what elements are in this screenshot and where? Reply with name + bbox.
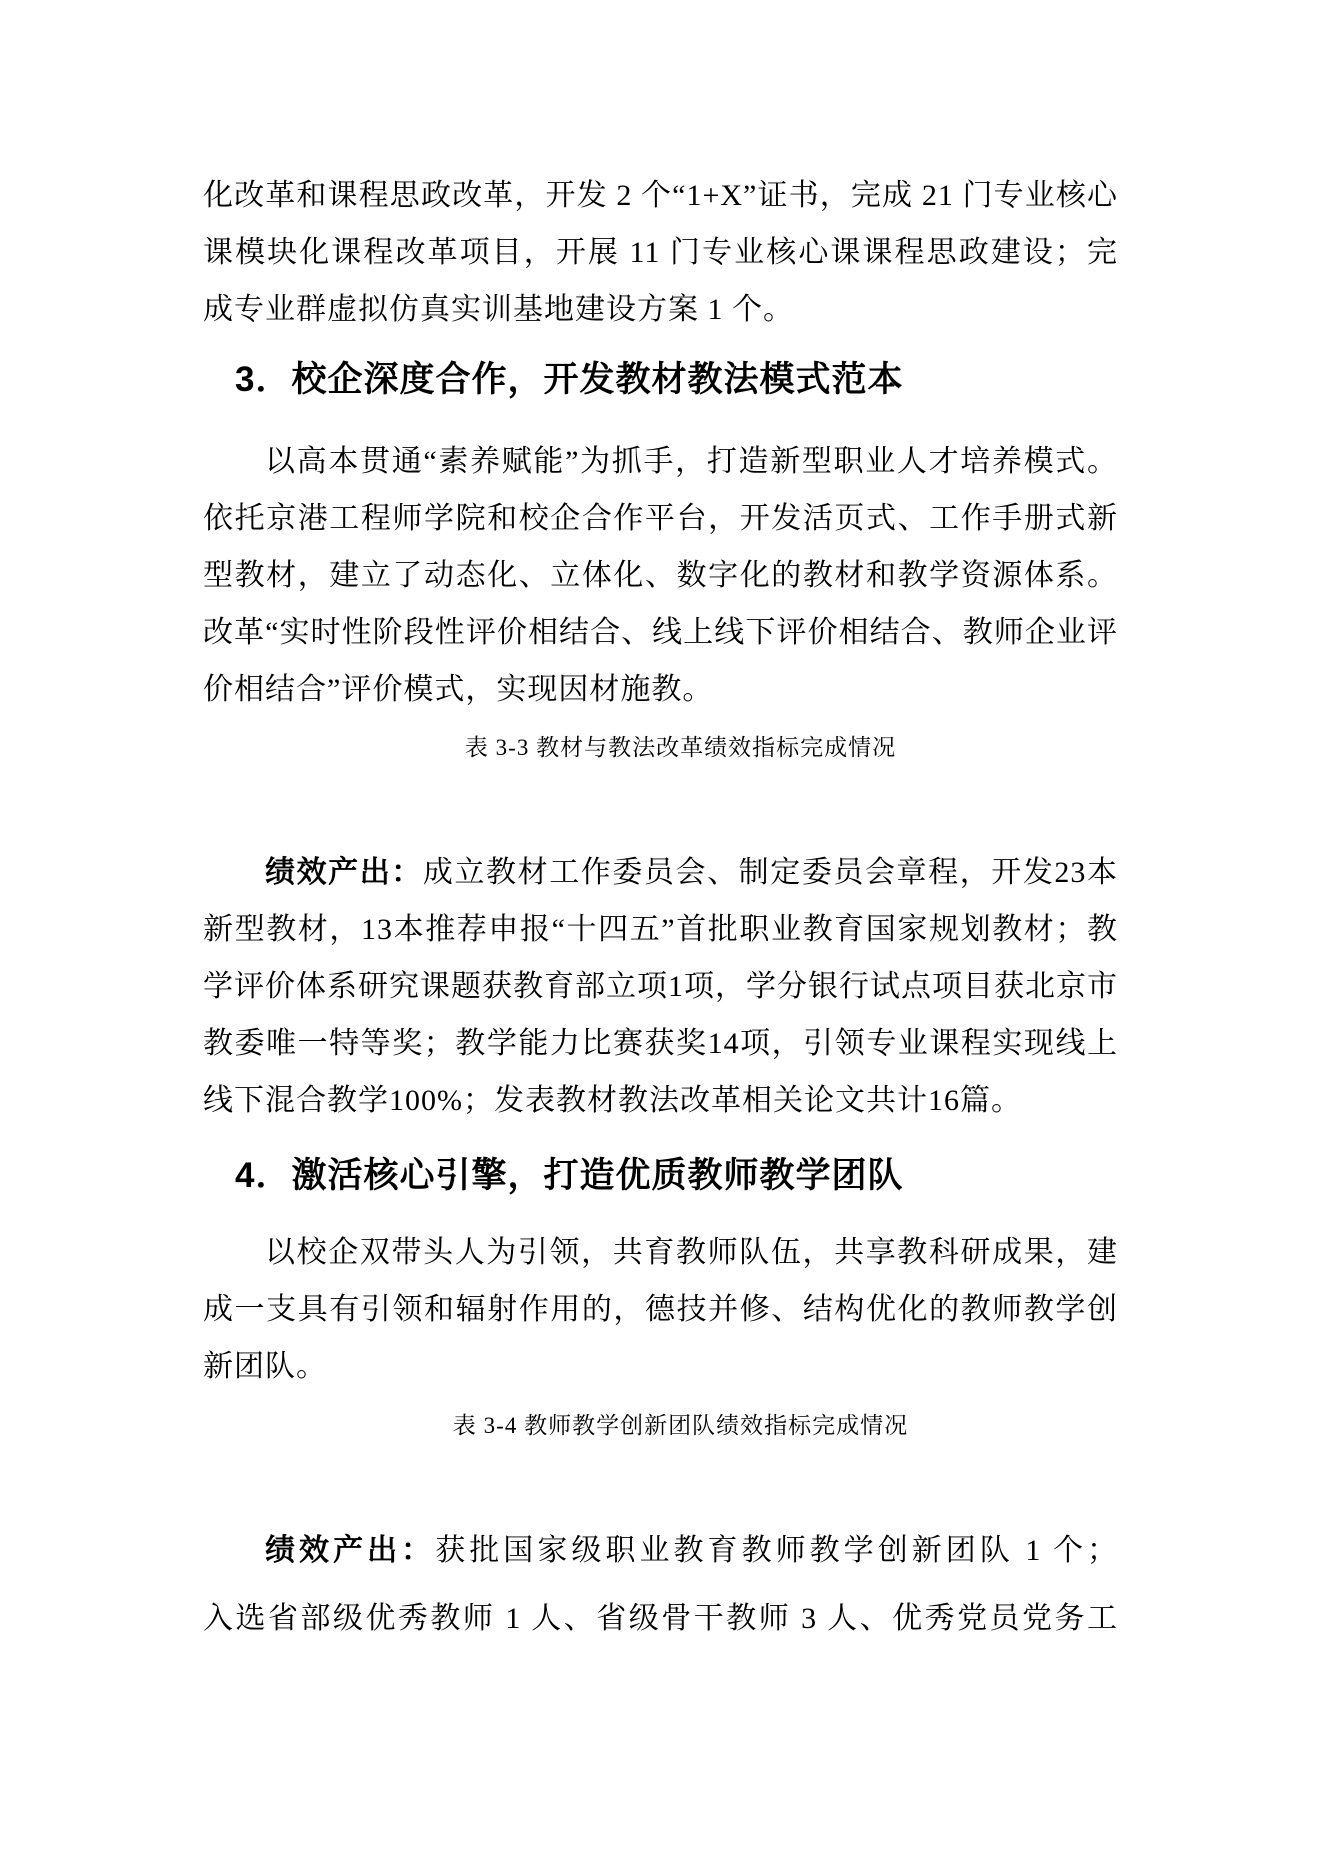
section-3-heading: 3．校企深度合作，开发教材教法模式范本 (203, 351, 1118, 408)
table-3-3-caption: 表 3-3 教材与教法改革绩效指标完成情况 (203, 728, 1118, 768)
section-4-output-lead-label: 绩效产出： (265, 1534, 435, 1567)
table-3-4-caption: 表 3-4 教师教学创新团队绩效指标完成情况 (203, 1406, 1118, 1446)
section-3-output-text: 成立教材工作委员会、制定委员会章程，开发23本新型教材，13本推荐申报“十四五”… (203, 856, 1118, 1117)
section-4-paragraph: 以校企双带头人为引领，共育教师队伍，共享教科研成果，建成一支具有引领和辐射作用的… (203, 1224, 1118, 1395)
document-page: 化改革和课程思政改革，开发 2 个“1+X”证书，完成 21 门专业核心课模块化… (0, 0, 1323, 1871)
section-3-output-paragraph: 绩效产出：成立教材工作委员会、制定委员会章程，开发23本新型教材，13本推荐申报… (203, 844, 1118, 1129)
page-content: 化改革和课程思政改革，开发 2 个“1+X”证书，完成 21 门专业核心课模块化… (0, 0, 1323, 1871)
continuation-paragraph: 化改革和课程思政改革，开发 2 个“1+X”证书，完成 21 门专业核心课模块化… (203, 167, 1118, 338)
section-4-heading: 4．激活核心引擎，打造优质教师教学团队 (203, 1147, 1118, 1204)
section-3-output-lead-label: 绩效产出： (265, 856, 423, 889)
section-4-output-paragraph: 绩效产出：获批国家级职业教育教师教学创新团队 1 个； 入选省部级优秀教师 1 … (203, 1517, 1118, 1653)
section-3-paragraph: 以高本贯通“素养赋能”为抓手，打造新型职业人才培养模式。依托京港工程师学院和校企… (203, 433, 1118, 718)
